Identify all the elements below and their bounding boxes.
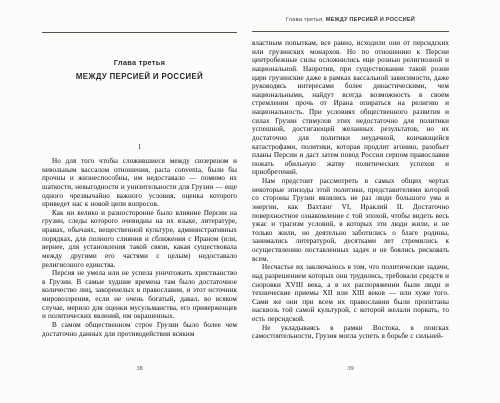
- page-number-left: 38: [42, 365, 237, 372]
- text-block-right: властным попыткам, все равно, исходили о…: [252, 39, 449, 363]
- paragraph: Но для того чтобы сложившиеся между сюзе…: [42, 157, 237, 209]
- section-number: 1: [42, 142, 237, 151]
- chapter-title: МЕЖДУ ПЕРСИЕЙ И РОССИЕЙ: [42, 72, 237, 81]
- running-head: Глава третья. МЕЖДУ ПЕРСИЕЙ И РОССИЕЙ: [252, 17, 449, 23]
- paragraph: Несчастье их заключалось в том, что поли…: [252, 263, 449, 323]
- text-block-left: Но для того чтобы сложившиеся между сюзе…: [42, 157, 237, 363]
- book-spread: Глава третья МЕЖДУ ПЕРСИЕЙ И РОССИЕЙ 1 Н…: [0, 0, 500, 403]
- page-left: Глава третья МЕЖДУ ПЕРСИЕЙ И РОССИЕЙ 1 Н…: [42, 0, 237, 403]
- page-number-right: 39: [252, 365, 449, 372]
- header-rule-right: [252, 31, 449, 32]
- running-head-chapter: Глава третья.: [286, 17, 324, 23]
- page-right: Глава третья. МЕЖДУ ПЕРСИЕЙ И РОССИЕЙ вл…: [252, 0, 449, 403]
- running-head-title: МЕЖДУ ПЕРСИЕЙ И РОССИЕЙ: [326, 17, 415, 23]
- chapter-label: Глава третья: [42, 58, 237, 67]
- paragraph: Не укладываясь в рамки Востока, в поиска…: [252, 324, 449, 341]
- paragraph-continuation: властным попыткам, все равно, исходили о…: [252, 39, 449, 177]
- header-rule-left: [42, 32, 237, 33]
- paragraph: Нам предстоит рассмотреть в самых общих …: [252, 177, 449, 263]
- chapter-heading: Глава третья МЕЖДУ ПЕРСИЕЙ И РОССИЕЙ: [42, 58, 237, 81]
- paragraph: Как ни велико и разносторонне было влиян…: [42, 209, 237, 269]
- paragraph: Персия не умела или не успела уничтожить…: [42, 269, 237, 321]
- paragraph: В самом общественном строе Грузии было б…: [42, 321, 237, 338]
